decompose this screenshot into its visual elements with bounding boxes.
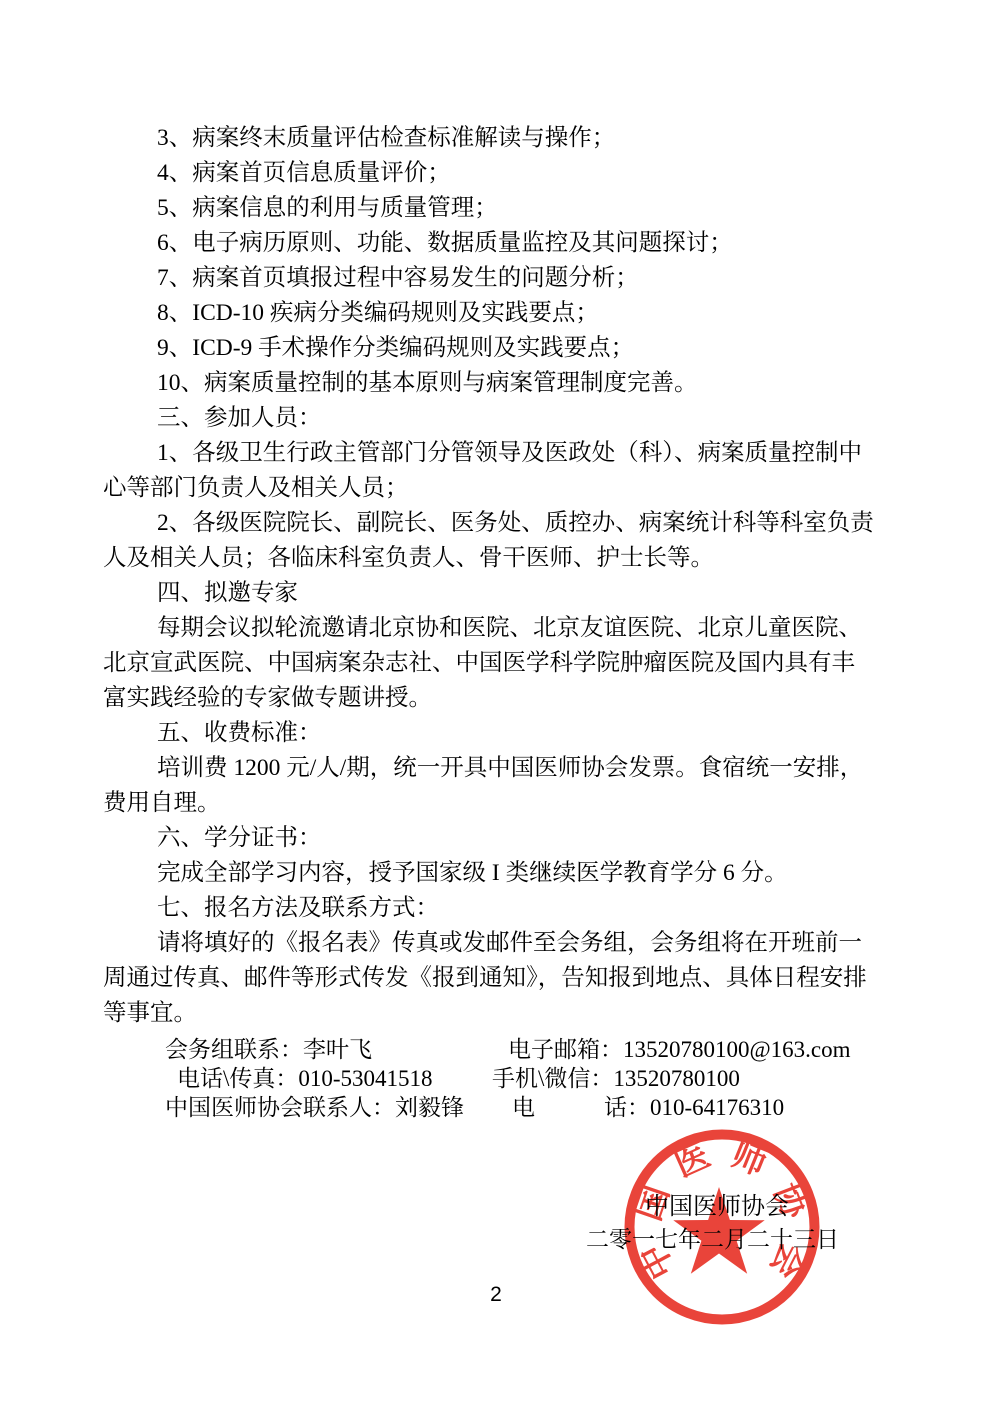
text-line: 费用自理。 [103,786,903,821]
text-line: 9、ICD-9 手术操作分类编码规则及实践要点； [103,331,903,366]
text-line: 4、病案首页信息质量评价； [103,156,903,191]
text-line: 五、收费标准： [103,716,903,751]
page-number: 2 [0,1283,992,1307]
text-line: 三、参加人员： [103,401,903,436]
text-line: 3、病案终末质量评估检查标准解读与操作； [103,121,903,156]
contact-row: 电话\传真：010-53041518 手机\微信：13520780100 [103,1064,903,1093]
text-line: 请将填好的《报名表》传真或发邮件至会务组，会务组将在开班前一 [103,926,903,961]
contact-email: 电子邮箱：13520780100@163.com [508,1035,851,1064]
text-line: 等事宜。 [103,996,903,1031]
contact-mobile-wechat: 手机\微信：13520780100 [492,1064,740,1093]
text-line: 7、病案首页填报过程中容易发生的问题分析； [103,261,903,296]
text-line: 10、病案质量控制的基本原则与病案管理制度完善。 [103,366,903,401]
text-line: 人及相关人员；各临床科室负责人、骨干医师、护士长等。 [103,541,903,576]
text-line: 四、拟邀专家 [103,576,903,611]
text-line: 6、电子病历原则、功能、数据质量监控及其问题探讨； [103,226,903,261]
text-line: 每期会议拟轮流邀请北京协和医院、北京友谊医院、北京儿童医院、 [103,611,903,646]
text-line: 5、病案信息的利用与质量管理； [103,191,903,226]
signature-organization: 中国医师协会 [645,1186,789,1221]
contact-organizer: 会务组联系：李叶飞 [165,1037,372,1062]
contact-phone-fax: 电话\传真：010-53041518 [177,1066,433,1091]
text-line: 七、报名方法及联系方式： [103,891,903,926]
text-line: 2、各级医院院长、副院长、医务处、质控办、病案统计科等科室负责 [103,506,903,541]
text-line: 完成全部学习内容，授予国家级 I 类继续医学教育学分 6 分。 [103,856,903,891]
document-page: 3、病案终末质量评估检查标准解读与操作；4、病案首页信息质量评价；5、病案信息的… [0,0,992,1403]
text-line: 北京宣武医院、中国病案杂志社、中国医学科学院肿瘤医院及国内具有丰 [103,646,903,681]
text-line: 心等部门负责人及相关人员； [103,471,903,506]
text-line: 富实践经验的专家做专题讲授。 [103,681,903,716]
contact-association-person: 中国医师协会联系人：刘毅锋 [165,1095,464,1120]
text-line: 8、ICD-10 疾病分类编码规则及实践要点； [103,296,903,331]
text-line: 六、学分证书： [103,821,903,856]
contact-row: 会务组联系：李叶飞 电子邮箱：13520780100@163.com [103,1035,903,1064]
document-body: 3、病案终末质量评估检查标准解读与操作；4、病案首页信息质量评价；5、病案信息的… [103,121,903,1031]
text-line: 1、各级卫生行政主管部门分管领导及医政处（科）、病案质量控制中 [103,436,903,471]
text-line: 周通过传真、邮件等形式传发《报到通知》，告知报到地点、具体日程安排 [103,961,903,996]
signature-date: 二零一七年二月二十三日 [586,1221,839,1254]
text-line: 培训费 1200 元/人/期，统一开具中国医师协会发票。食宿统一安排， [103,751,903,786]
